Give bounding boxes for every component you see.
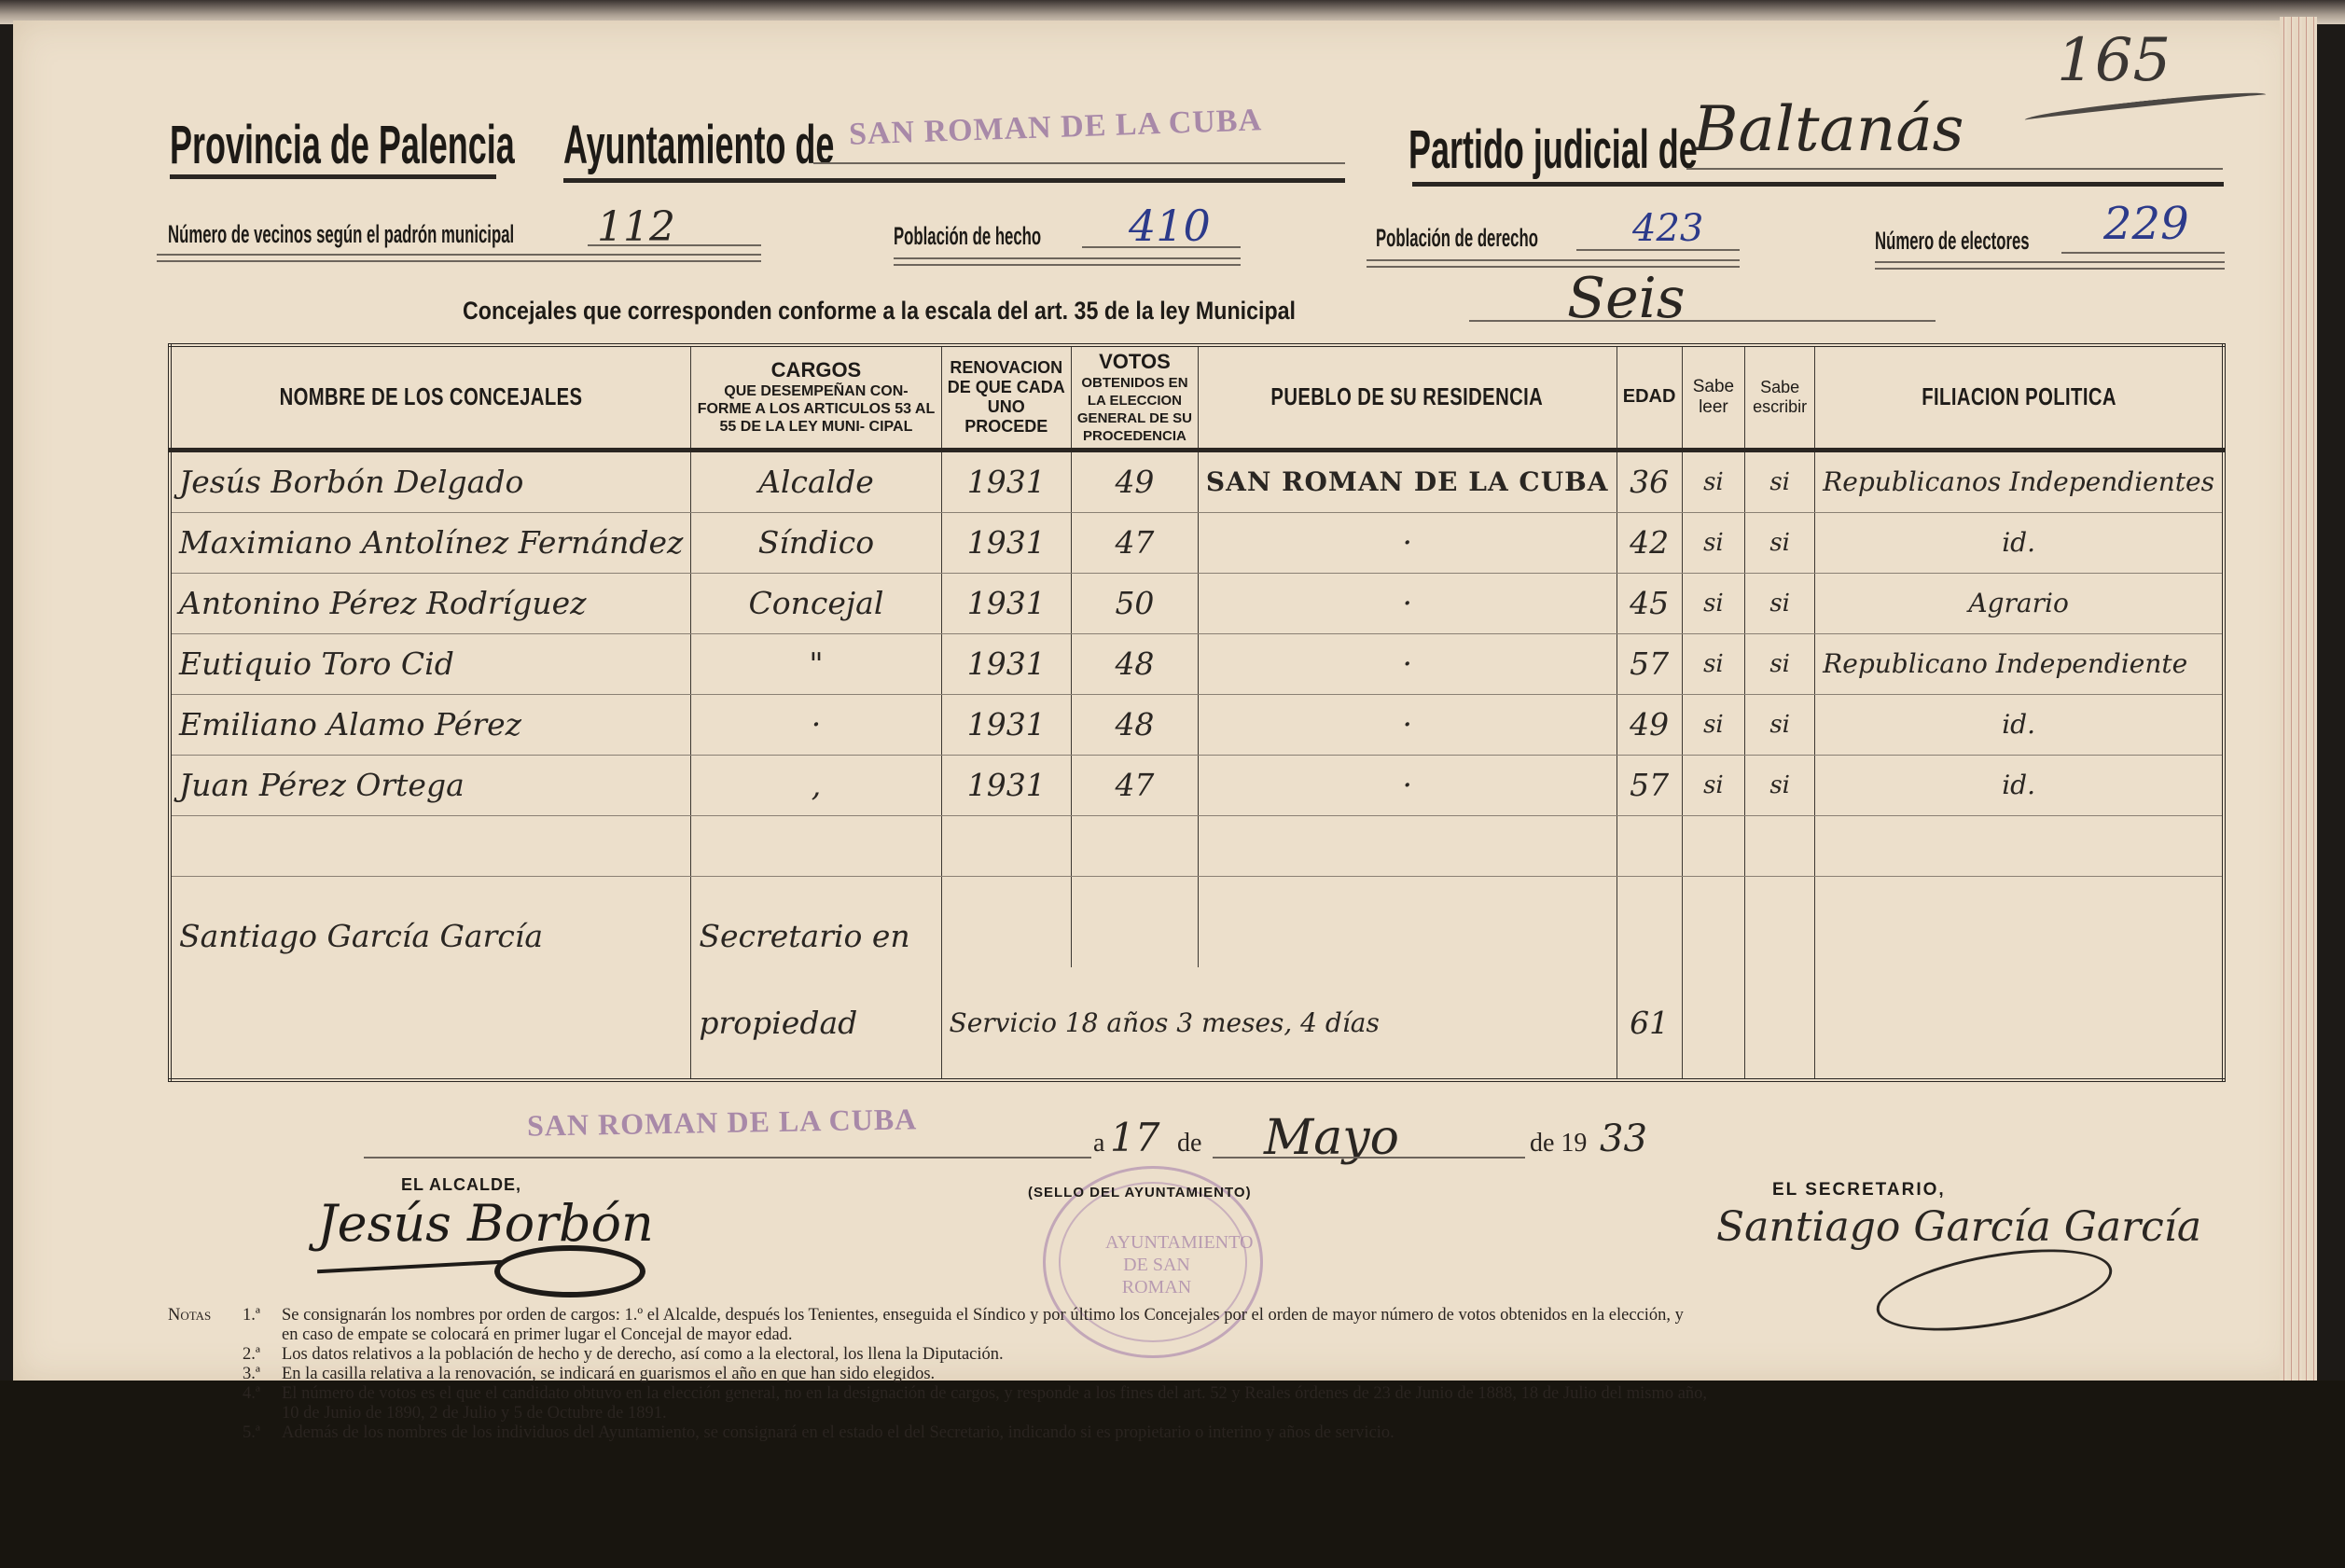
electores-label: Número de electores bbox=[1875, 227, 2030, 256]
note-text: Además de los nombres de los individuos … bbox=[282, 1423, 1395, 1443]
cell-renovacion: 1931 bbox=[941, 450, 1071, 512]
secretario-label: EL SECRETARIO, bbox=[1772, 1180, 1946, 1200]
note-continuation: 10 de Junio de 1890, 2 de Julio y 5 de O… bbox=[168, 1404, 2257, 1423]
concejales-label: Concejales que corresponden conforme a l… bbox=[463, 297, 1296, 326]
cell-escribir: si bbox=[1745, 694, 1815, 755]
electores-double-rule bbox=[1875, 261, 2225, 263]
cell-secretario-servicio: Servicio 18 años 3 meses, 4 días bbox=[941, 967, 1617, 1080]
partido-field-line bbox=[1686, 168, 2223, 170]
col-votos: VOTOS OBTENIDOS EN LA ELECCION GENERAL D… bbox=[1071, 345, 1198, 450]
table-row: Emiliano Alamo Pérez · 1931 48 · 49 si s… bbox=[170, 694, 2224, 755]
col-renovacion: RENOVACION DE QUE CADA UNO PROCEDE bbox=[941, 345, 1071, 450]
cell-pueblo: · bbox=[1198, 755, 1617, 815]
cell-edad: 57 bbox=[1617, 755, 1682, 815]
cell-secretario-cargo-2: propiedad bbox=[691, 967, 941, 1080]
alcalde-flourish-loop bbox=[494, 1245, 645, 1297]
date-day: 17 bbox=[1110, 1115, 1159, 1160]
cell-cargo: , bbox=[691, 755, 941, 815]
sello-label: (SELLO DEL AYUNTAMIENTO) bbox=[1028, 1185, 1252, 1200]
electores-double-rule-2 bbox=[1875, 268, 2225, 270]
vecinos-field-line bbox=[588, 244, 761, 246]
cell-filiacion: id. bbox=[1815, 512, 2224, 573]
municipal-seal-text: AYUNTAMIENTO DE SAN ROMAN bbox=[1105, 1231, 1208, 1298]
ayuntamiento-underline bbox=[563, 178, 1345, 183]
cell-leer: si bbox=[1682, 450, 1745, 512]
hecho-field-line bbox=[1082, 246, 1241, 248]
col-sabe-leer: Sabe leer bbox=[1682, 345, 1745, 450]
note-number: 4.ª bbox=[243, 1384, 282, 1404]
cell-nombre: Juan Pérez Ortega bbox=[170, 755, 691, 815]
cell-cargo: " bbox=[691, 633, 941, 694]
cell-votos: 48 bbox=[1071, 633, 1198, 694]
cell-escribir: si bbox=[1745, 512, 1815, 573]
cell-escribir: si bbox=[1745, 633, 1815, 694]
table-row-empty bbox=[170, 815, 2224, 876]
cell-cargo: · bbox=[691, 694, 941, 755]
cell-cargo: Concejal bbox=[691, 573, 941, 633]
notes-section: Notas 1.ª Se consignarán los nombres por… bbox=[168, 1306, 2257, 1443]
cell-votos: 49 bbox=[1071, 450, 1198, 512]
hecho-double-rule-2 bbox=[894, 264, 1241, 266]
hecho-label: Población de hecho bbox=[894, 222, 1041, 251]
col-cargos-sub: QUE DESEMPEÑAN CON- FORME A LOS ARTICULO… bbox=[695, 382, 937, 436]
notes-label: Notas bbox=[168, 1306, 243, 1325]
cell-escribir: si bbox=[1745, 573, 1815, 633]
cell-leer: si bbox=[1682, 755, 1745, 815]
hecho-value: 410 bbox=[1129, 201, 1211, 251]
hecho-double-rule bbox=[894, 257, 1241, 259]
cell-edad: 49 bbox=[1617, 694, 1682, 755]
cell-votos: 47 bbox=[1071, 755, 1198, 815]
cell-renovacion: 1931 bbox=[941, 573, 1071, 633]
table-row: Juan Pérez Ortega , 1931 47 · 57 si si i… bbox=[170, 755, 2224, 815]
col-edad: EDAD bbox=[1617, 345, 1682, 450]
vecinos-double-rule-2 bbox=[157, 260, 761, 262]
table-row: Maximiano Antolínez Fernández Síndico 19… bbox=[170, 512, 2224, 573]
cell-nombre: Eutiquio Toro Cid bbox=[170, 633, 691, 694]
date-de-2: de 19 bbox=[1530, 1129, 1587, 1159]
note-text: Se consignarán los nombres por orden de … bbox=[282, 1306, 1684, 1325]
cell-renovacion: 1931 bbox=[941, 694, 1071, 755]
ayuntamiento-field-line bbox=[813, 162, 1345, 164]
cell-edad: 36 bbox=[1617, 450, 1682, 512]
cell-filiacion: id. bbox=[1815, 755, 2224, 815]
provincia-underline bbox=[170, 174, 496, 179]
note-continuation: en caso de empate se colocará en primer … bbox=[168, 1325, 2257, 1345]
cell-filiacion: Agrario bbox=[1815, 573, 2224, 633]
page-number: 165 bbox=[2057, 26, 2171, 95]
cell-pueblo: · bbox=[1198, 573, 1617, 633]
date-month-line bbox=[1213, 1157, 1525, 1159]
col-cargos-title: CARGOS bbox=[695, 358, 937, 382]
note-item: 3.ª En la casilla relativa a la renovaci… bbox=[168, 1365, 2257, 1384]
partido-underline bbox=[1412, 182, 2224, 187]
col-filiacion: FILIACION POLITICA bbox=[1860, 345, 2179, 450]
electores-value: 229 bbox=[2103, 198, 2189, 250]
date-de-1: de bbox=[1177, 1129, 1201, 1159]
table-row-secretario-1: Santiago García García Secretario en bbox=[170, 876, 2224, 967]
date-year: 33 bbox=[1600, 1117, 1647, 1160]
cell-filiacion: Republicanos Independientes bbox=[1815, 450, 2224, 512]
cell-secretario-edad: 61 bbox=[1617, 967, 1682, 1080]
cell-nombre: Emiliano Alamo Pérez bbox=[170, 694, 691, 755]
date-stamp: SAN ROMAN DE LA CUBA bbox=[527, 1102, 918, 1143]
cell-edad: 42 bbox=[1617, 512, 1682, 573]
cell-filiacion: Republicano Independiente bbox=[1815, 633, 2224, 694]
alcalde-label: EL ALCALDE, bbox=[401, 1175, 521, 1195]
derecho-label: Población de derecho bbox=[1376, 224, 1538, 253]
date-prefix: a bbox=[1093, 1129, 1104, 1159]
cell-leer: si bbox=[1682, 573, 1745, 633]
col-votos-sub: OBTENIDOS EN LA ELECCION GENERAL DE SU P… bbox=[1075, 374, 1194, 445]
cell-pueblo: · bbox=[1198, 633, 1617, 694]
cell-filiacion: id. bbox=[1815, 694, 2224, 755]
ayuntamiento-label: Ayuntamiento de bbox=[563, 114, 834, 176]
cell-leer: si bbox=[1682, 512, 1745, 573]
cell-pueblo-stamp: SAN ROMAN DE LA CUBA bbox=[1198, 450, 1617, 512]
note-item: 4.ª El número de votos es el que el cand… bbox=[168, 1384, 2257, 1404]
cell-renovacion: 1931 bbox=[941, 512, 1071, 573]
concejales-field-line bbox=[1469, 320, 1936, 322]
col-nombre: NOMBRE DE LOS CONCEJALES bbox=[227, 345, 633, 450]
secretario-signature: Santiago García García bbox=[1716, 1203, 2201, 1251]
cell-escribir: si bbox=[1745, 450, 1815, 512]
cell-edad: 57 bbox=[1617, 633, 1682, 694]
cell-pueblo: · bbox=[1198, 694, 1617, 755]
cell-pueblo: · bbox=[1198, 512, 1617, 573]
electores-field-line bbox=[2061, 252, 2225, 254]
cell-secretario-nombre: Santiago García García bbox=[170, 876, 691, 967]
col-cargos: CARGOS QUE DESEMPEÑAN CON- FORME A LOS A… bbox=[691, 345, 941, 450]
note-number: 3.ª bbox=[243, 1365, 282, 1384]
cell-cargo: Síndico bbox=[691, 512, 941, 573]
derecho-double-rule bbox=[1367, 259, 1740, 261]
partido-label: Partido judicial de bbox=[1408, 118, 1698, 181]
vecinos-double-rule bbox=[157, 254, 761, 256]
col-votos-title: VOTOS bbox=[1075, 350, 1194, 374]
cell-leer: si bbox=[1682, 633, 1745, 694]
cell-escribir: si bbox=[1745, 755, 1815, 815]
cell-nombre: Maximiano Antolínez Fernández bbox=[170, 512, 691, 573]
table-header-row: NOMBRE DE LOS CONCEJALES CARGOS QUE DESE… bbox=[170, 345, 2224, 450]
cell-votos: 48 bbox=[1071, 694, 1198, 755]
cell-nombre: Antonino Pérez Rodríguez bbox=[170, 573, 691, 633]
table-row: Jesús Borbón Delgado Alcalde 1931 49 SAN… bbox=[170, 450, 2224, 512]
note-number: 2.ª bbox=[243, 1345, 282, 1365]
table-row: Eutiquio Toro Cid " 1931 48 · 57 si si R… bbox=[170, 633, 2224, 694]
cell-votos: 50 bbox=[1071, 573, 1198, 633]
note-text: El número de votos es el que el candidat… bbox=[282, 1384, 1707, 1404]
note-item: Notas 1.ª Se consignarán los nombres por… bbox=[168, 1306, 2257, 1325]
cell-secretario-cargo: Secretario en bbox=[691, 876, 941, 967]
book-page-edges bbox=[2280, 17, 2317, 1397]
cell-renovacion: 1931 bbox=[941, 755, 1071, 815]
cell-nombre: Jesús Borbón Delgado bbox=[170, 450, 691, 512]
cell-renovacion: 1931 bbox=[941, 633, 1071, 694]
note-item: 2.ª Los datos relativos a la población d… bbox=[168, 1345, 2257, 1365]
cell-votos: 47 bbox=[1071, 512, 1198, 573]
table-row-secretario-2: propiedad Servicio 18 años 3 meses, 4 dí… bbox=[170, 967, 2224, 1080]
partido-value: Baltanás bbox=[1693, 93, 1964, 165]
note-text: Los datos relativos a la población de he… bbox=[282, 1345, 1004, 1365]
vecinos-label: Número de vecinos según el padrón munici… bbox=[168, 220, 514, 249]
alcalde-signature: Jesús Borbón bbox=[317, 1194, 654, 1253]
cell-leer: si bbox=[1682, 694, 1745, 755]
note-text: En la casilla relativa a la renovación, … bbox=[282, 1365, 935, 1384]
note-item: 5.ª Además de los nombres de los individ… bbox=[168, 1423, 2257, 1443]
note-number: 1.ª bbox=[243, 1306, 282, 1325]
table-row: Antonino Pérez Rodríguez Concejal 1931 5… bbox=[170, 573, 2224, 633]
derecho-field-line bbox=[1576, 249, 1740, 251]
date-line bbox=[364, 1157, 1091, 1159]
concejales-table: NOMBRE DE LOS CONCEJALES CARGOS QUE DESE… bbox=[168, 343, 2226, 1082]
derecho-value: 423 bbox=[1632, 207, 1703, 250]
provincia-label: Provincia de Palencia bbox=[170, 114, 515, 176]
col-sabe-escribir: Sabe escribir bbox=[1745, 345, 1815, 450]
note-number: 5.ª bbox=[243, 1423, 282, 1443]
cell-cargo: Alcalde bbox=[691, 450, 941, 512]
col-pueblo: PUEBLO DE SU RESIDENCIA bbox=[1244, 345, 1571, 450]
cell-edad: 45 bbox=[1617, 573, 1682, 633]
